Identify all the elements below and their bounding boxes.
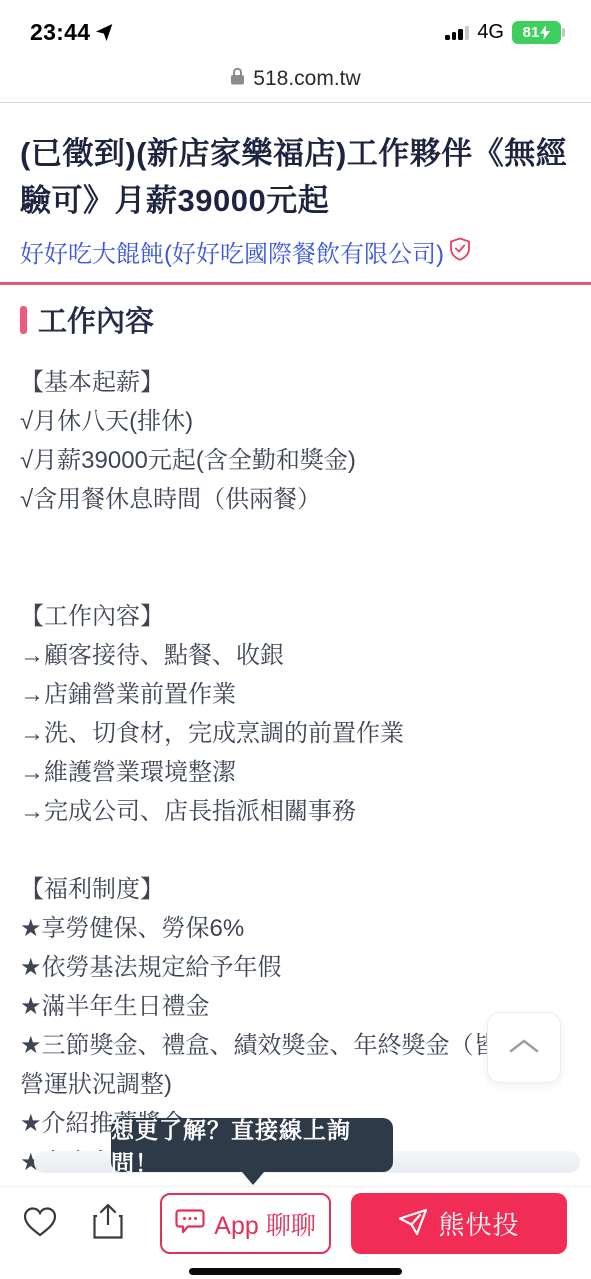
network-type-label: 4G [477, 21, 504, 44]
tooltip-text: 想更了解？直接線上詢問！ [111, 1112, 393, 1178]
share-icon [92, 1203, 124, 1244]
description-line: →完成公司、店長指派相關事務 [20, 792, 571, 831]
clock: 23:44 [30, 19, 90, 46]
description-line: 【工作內容】 [20, 597, 571, 636]
company-link[interactable]: 好好吃大餛飩(好好吃國際餐飲有限公司) [20, 234, 444, 269]
pink-divider [0, 282, 591, 285]
chat-tooltip: 想更了解？直接線上詢問！ [111, 1118, 393, 1172]
description-line: √含用餐休息時間（供兩餐） [20, 480, 571, 519]
quick-apply-button[interactable]: 熊快投 [351, 1193, 567, 1254]
company-row: 好好吃大餛飩(好好吃國際餐飲有限公司) [20, 234, 571, 269]
description-line: →維護營業環境整潔 [20, 753, 571, 792]
location-arrow-icon [97, 21, 116, 45]
paper-plane-icon [398, 1208, 428, 1239]
url-text: 518.com.tw [253, 67, 360, 91]
charging-bolt-icon [540, 25, 550, 40]
description-line: →洗、切食材，完成烹調的前置作業 [20, 714, 571, 753]
bottom-action-bar: App 聊聊 熊快投 [0, 1186, 591, 1279]
home-indicator[interactable] [189, 1268, 402, 1275]
section-accent-bar [20, 306, 27, 334]
description-line: 【基本起薪】 [20, 363, 571, 402]
status-bar: 23:44 4G 81 [0, 0, 591, 55]
job-title: (已徵到)(新店家樂福店)工作夥伴《無經驗可》月薪39000元起 [20, 130, 571, 224]
description-line [20, 519, 571, 558]
description-line [20, 558, 571, 597]
share-button[interactable] [82, 1193, 134, 1254]
section-title: 工作內容 [38, 299, 154, 340]
section-header: 工作內容 [20, 299, 571, 340]
battery-percent: 81 [523, 24, 540, 41]
description-line: ★享勞健保、勞保6% [20, 909, 571, 948]
app-chat-button[interactable]: App 聊聊 [160, 1193, 331, 1254]
chat-bubble-icon [175, 1208, 205, 1239]
description-line: →店鋪營業前置作業 [20, 675, 571, 714]
heart-icon [22, 1206, 58, 1241]
description-line: ★依勞基法規定給予年假 [20, 948, 571, 987]
tooltip-arrow [242, 1172, 264, 1185]
lock-icon [230, 67, 245, 90]
quick-apply-label: 熊快投 [438, 1205, 519, 1242]
signal-strength-icon [445, 25, 469, 40]
scroll-to-top-button[interactable] [487, 1012, 561, 1083]
app-chat-label: App 聊聊 [214, 1206, 315, 1242]
description-line [20, 831, 571, 870]
phone-screen: 23:44 4G 81 [0, 0, 591, 1279]
browser-address-bar[interactable]: 518.com.tw [0, 55, 591, 103]
verified-shield-icon [449, 237, 471, 266]
description-line: √月薪39000元起(含全勤和獎金) [20, 441, 571, 480]
favorite-button[interactable] [14, 1193, 66, 1254]
description-line: →顧客接待、點餐、收銀 [20, 636, 571, 675]
chevron-up-icon [507, 1037, 541, 1058]
description-line: √月休八天(排休) [20, 402, 571, 441]
battery-icon: 81 [512, 21, 565, 44]
description-line: 【福利制度】 [20, 870, 571, 909]
